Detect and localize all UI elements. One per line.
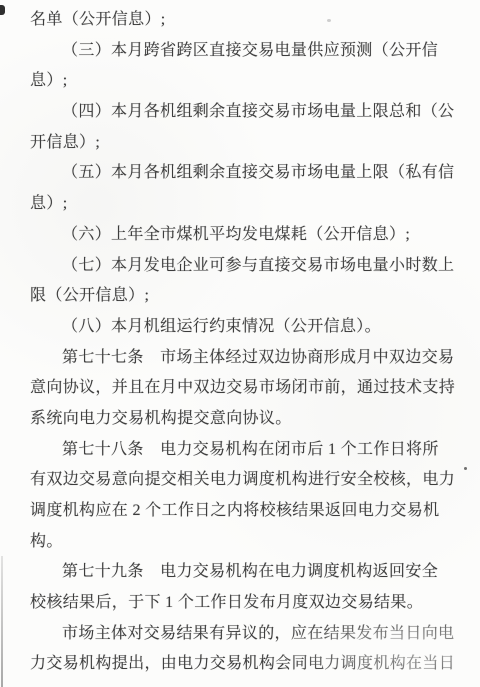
text-line: 校核结果后，于下 1 个工作日发布月度双边交易结果。 (30, 588, 462, 619)
scan-artifact-corner-mark (0, 5, 5, 15)
text-line: 系统向电力交易机构提交意向协议。 (30, 404, 462, 435)
text-line: 息）; (30, 66, 462, 97)
text-line: 市场主体对交易结果有异议的，应在结果发布当日向电 (30, 619, 462, 650)
text-line: （七）本月发电企业可参与直接交易市场电量小时数上 (30, 251, 462, 282)
text-line: 开信息）; (30, 128, 462, 159)
scan-artifact-speck (464, 467, 467, 470)
scan-artifact-speck (327, 19, 331, 22)
text-line: 构。 (30, 527, 462, 558)
scan-artifact-speck (103, 14, 106, 16)
text-line: 有双边交易意向提交相关电力调度机构进行安全校核，电力 (30, 465, 462, 496)
text-line: （三）本月跨省跨区直接交易电量供应预测（公开信 (30, 36, 462, 67)
text-line: 调度机构应在 2 个工作日之内将校核结果返回电力交易机 (30, 496, 462, 527)
text-line: 名单（公开信息）; (30, 5, 462, 36)
text-line: （六）上年全市煤机平均发电煤耗（公开信息）; (30, 220, 462, 251)
text-line: 力交易机构提出，由电力交易机构会同电力调度机构在当日 (30, 649, 462, 680)
text-line: 第七十七条 市场主体经过双边协商形成月中双边交易 (30, 343, 462, 374)
text-line: （五）本月各机组剩余直接交易市场电量上限（私有信 (30, 158, 462, 189)
text-line: （八）本月机组运行约束情况（公开信息）。 (30, 312, 462, 343)
text-line: （四）本月各机组剩余直接交易市场电量上限总和（公 (30, 97, 462, 128)
text-line: 限（公开信息）; (30, 281, 462, 312)
document-text-block: 名单（公开信息）;（三）本月跨省跨区直接交易电量供应预测（公开信息）;（四）本月… (30, 5, 462, 680)
document-page: 名单（公开信息）;（三）本月跨省跨区直接交易电量供应预测（公开信息）;（四）本月… (0, 0, 480, 687)
text-line: 第七十八条 电力交易机构在闭市后 1 个工作日将所 (30, 435, 462, 466)
text-line: 第七十九条 电力交易机构在电力调度机构返回安全 (30, 557, 462, 588)
text-line: 意向协议，并且在月中双边交易市场闭市前，通过技术支持 (30, 373, 462, 404)
scan-artifact-edge-line (1, 556, 3, 687)
text-line: 息）; (30, 189, 462, 220)
